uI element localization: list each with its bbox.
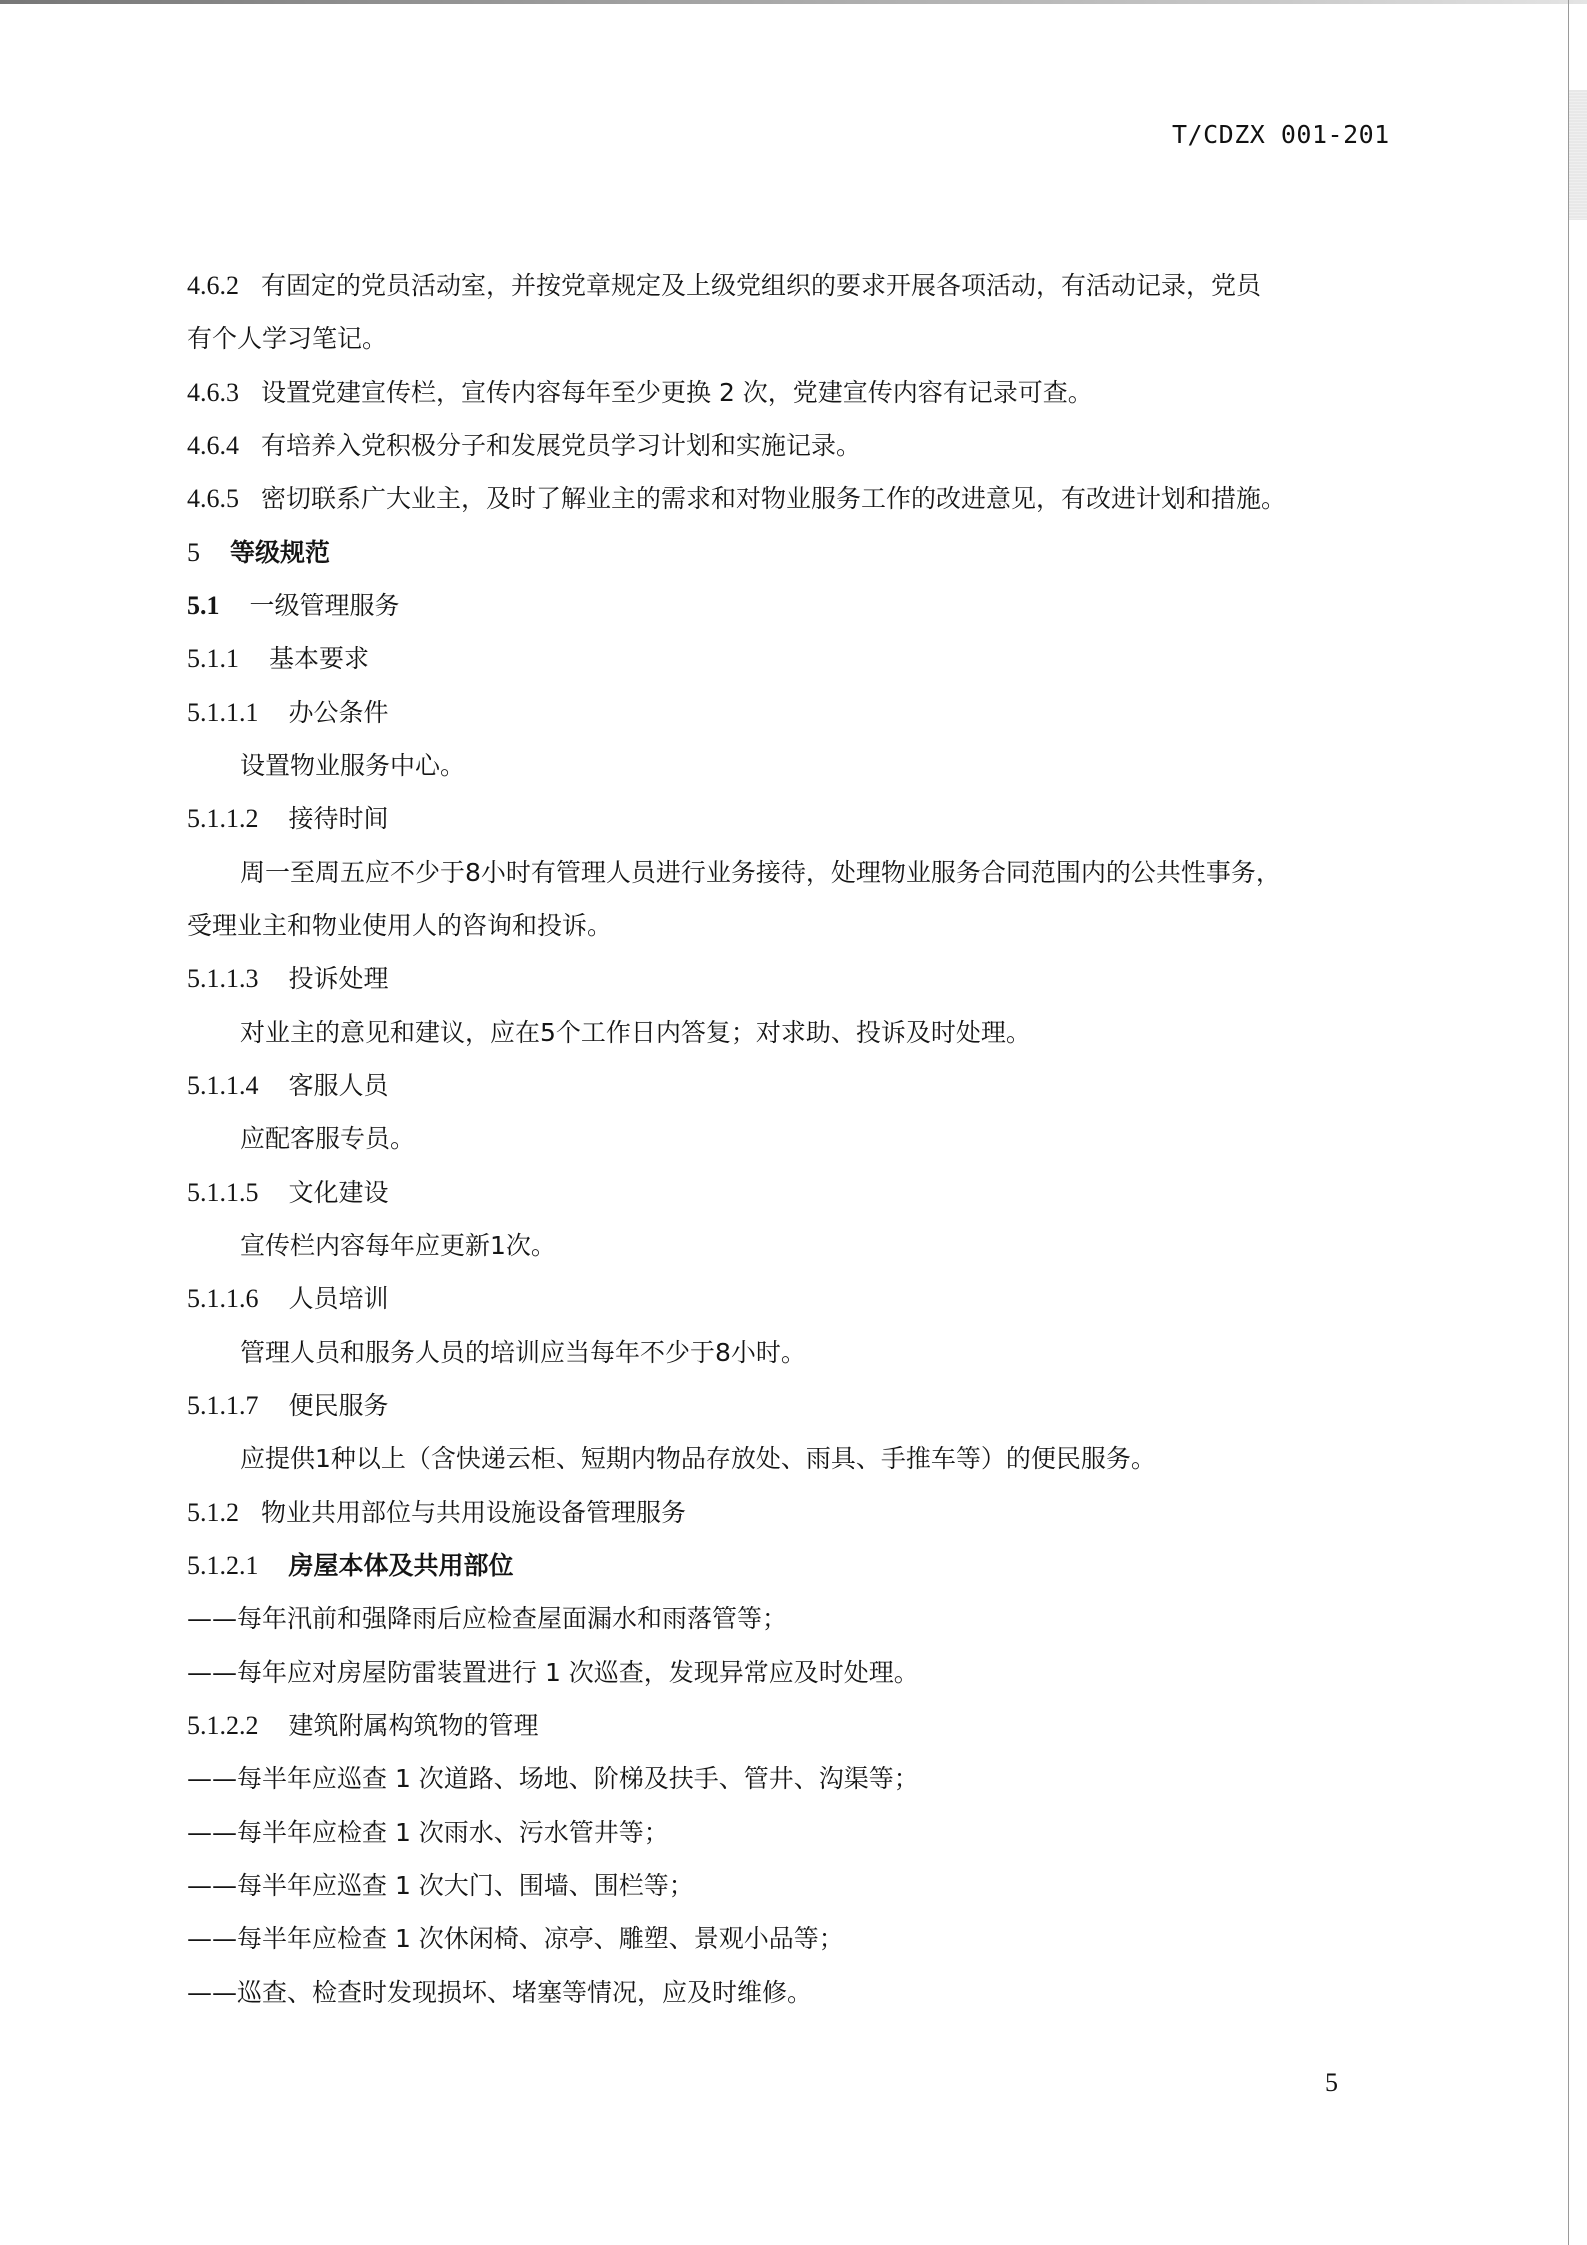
scan-edge-right [1568,0,1569,2245]
section-title: 等级规范 [230,538,330,567]
item-number: 5.1.2.1 [187,1550,259,1582]
section-5-1-heading: 5.1一级管理服务 [187,590,400,622]
item-5-1-1-4-heading: 5.1.1.4客服人员 [187,1070,389,1102]
section-number: 5 [187,537,200,569]
item-5-1-1-6-body: 管理人员和服务人员的培训应当每年不少于8小时。 [240,1337,806,1369]
item-5-1-1-1-body: 设置物业服务中心。 [240,750,465,782]
clause-number: 4.6.3 [187,377,239,409]
section-title: 一级管理服务 [250,591,400,620]
clause-text: 有固定的党员活动室，并按党章规定及上级党组织的要求开展各项活动，有活动记录，党员 [261,271,1261,300]
item-5-1-1-5-heading: 5.1.1.5文化建设 [187,1177,389,1209]
item-title: 便民服务 [289,1391,389,1420]
clause-4-6-3: 4.6.3设置党建宣传栏，宣传内容每年至少更换 2 次，党建宣传内容有记录可查。 [187,377,1093,409]
bullet-item: ——每半年应检查 1 次雨水、污水管井等； [187,1817,669,1849]
bullet-item: ——巡查、检查时发现损坏、堵塞等情况，应及时维修。 [187,1977,812,2009]
item-number: 5.1.1.5 [187,1177,259,1209]
item-title: 投诉处理 [289,964,389,993]
clause-4-6-2-continuation: 有个人学习笔记。 [187,323,387,355]
item-title: 办公条件 [289,698,389,727]
item-title: 人员培训 [289,1284,389,1313]
standard-code-header: T/CDZX 001-201 [1172,120,1390,149]
item-5-1-1-1-heading: 5.1.1.1办公条件 [187,697,389,729]
scan-shadow-right [1569,90,1587,220]
item-number: 5.1.1.4 [187,1070,259,1102]
section-5-heading: 5等级规范 [187,537,330,569]
bullet-item: ——每半年应检查 1 次休闲椅、凉亭、雕塑、景观小品等； [187,1923,844,1955]
item-5-1-2-1-heading: 5.1.2.1房屋本体及共用部位 [187,1550,514,1582]
item-5-1-1-5-body: 宣传栏内容每年应更新1次。 [240,1230,556,1262]
section-5-1-2-heading: 5.1.2物业共用部位与共用设施设备管理服务 [187,1497,686,1529]
clause-text: 设置党建宣传栏，宣传内容每年至少更换 2 次，党建宣传内容有记录可查。 [261,378,1093,407]
clause-number: 4.6.5 [187,483,239,515]
section-number: 5.1 [187,590,220,622]
item-title: 文化建设 [289,1178,389,1207]
item-number: 5.1.1.3 [187,963,259,995]
item-5-1-1-3-heading: 5.1.1.3投诉处理 [187,963,389,995]
bullet-item: ——每半年应巡查 1 次大门、围墙、围栏等； [187,1870,694,1902]
bullet-item: ——每年应对房屋防雷装置进行 1 次巡查，发现异常应及时处理。 [187,1657,919,1689]
item-5-1-1-2-body: 周一至周五应不少于8小时有管理人员进行业务接待，处理物业服务合同范围内的公共性事… [240,857,1281,889]
scan-edge-top [0,0,1587,4]
item-number: 5.1.1.1 [187,697,259,729]
item-title: 建筑附属构筑物的管理 [289,1711,539,1740]
clause-text: 密切联系广大业主，及时了解业主的需求和对物业服务工作的改进意见，有改进计划和措施… [261,484,1286,513]
item-5-1-1-3-body: 对业主的意见和建议，应在5个工作日内答复；对求助、投诉及时处理。 [240,1017,1031,1049]
item-title: 房屋本体及共用部位 [289,1551,514,1580]
section-5-1-1-heading: 5.1.1基本要求 [187,643,369,675]
item-number: 5.1.1.6 [187,1283,259,1315]
clause-number: 4.6.2 [187,270,239,302]
item-title: 客服人员 [289,1071,389,1100]
item-5-1-1-6-heading: 5.1.1.6人员培训 [187,1283,389,1315]
section-title: 物业共用部位与共用设施设备管理服务 [261,1498,686,1527]
item-5-1-1-4-body: 应配客服专员。 [240,1123,415,1155]
bullet-item: ——每半年应巡查 1 次道路、场地、阶梯及扶手、管井、沟渠等； [187,1763,919,1795]
item-title: 接待时间 [289,804,389,833]
clause-text: 有培养入党积极分子和发展党员学习计划和实施记录。 [261,431,861,460]
item-5-1-1-2-body-continuation: 受理业主和物业使用人的咨询和投诉。 [187,910,612,942]
section-number: 5.1.2 [187,1497,239,1529]
item-5-1-1-7-body: 应提供1种以上（含快递云柜、短期内物品存放处、雨具、手推车等）的便民服务。 [240,1443,1156,1475]
item-number: 5.1.2.2 [187,1710,259,1742]
item-5-1-1-2-heading: 5.1.1.2接待时间 [187,803,389,835]
item-5-1-1-7-heading: 5.1.1.7便民服务 [187,1390,389,1422]
section-number: 5.1.1 [187,643,239,675]
clause-number: 4.6.4 [187,430,239,462]
clause-4-6-2: 4.6.2有固定的党员活动室，并按党章规定及上级党组织的要求开展各项活动，有活动… [187,270,1261,302]
section-title: 基本要求 [269,644,369,673]
clause-4-6-5: 4.6.5密切联系广大业主，及时了解业主的需求和对物业服务工作的改进意见，有改进… [187,483,1286,515]
item-number: 5.1.1.7 [187,1390,259,1422]
item-number: 5.1.1.2 [187,803,259,835]
item-5-1-2-2-heading: 5.1.2.2建筑附属构筑物的管理 [187,1710,539,1742]
bullet-item: ——每年汛前和强降雨后应检查屋面漏水和雨落管等； [187,1603,787,1635]
page-number: 5 [1325,2068,1338,2098]
clause-4-6-4: 4.6.4有培养入党积极分子和发展党员学习计划和实施记录。 [187,430,861,462]
